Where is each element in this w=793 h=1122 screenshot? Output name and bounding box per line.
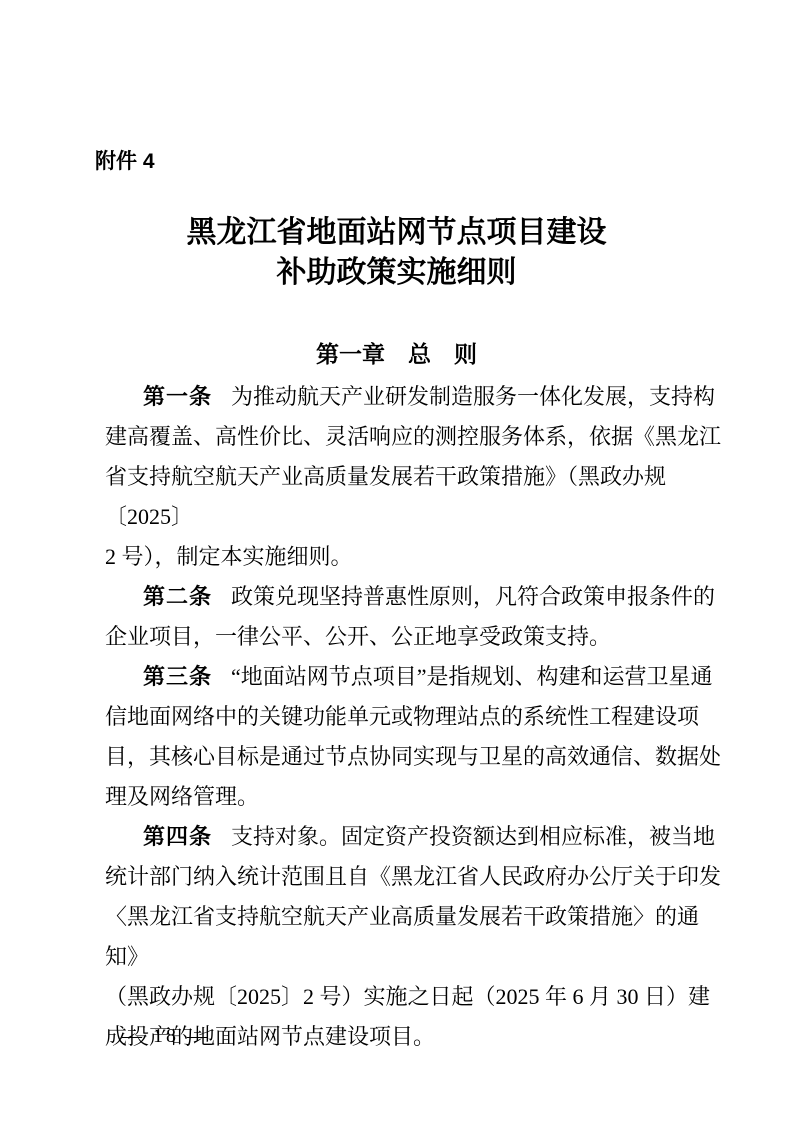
page-number: — 18 — [122,1025,210,1048]
document-title: 黑龙江省地面站网节点项目建设 补助政策实施细则 [0,213,793,293]
article-1-label: 第一条 [143,384,212,409]
article-1-text: 为推动航天产业研发制造服务一体化发展，支持构 建高覆盖、高性价比、灵活响应的测控… [105,384,721,569]
attachment-label: 附件 4 [95,145,155,175]
document-page: 附件 4 黑龙江省地面站网节点项目建设 补助政策实施细则 第一章 总 则 第一条… [0,0,793,1122]
article-paragraph-1: 第一条为推动航天产业研发制造服务一体化发展，支持构 建高覆盖、高性价比、灵活响应… [105,377,730,577]
article-paragraph-2: 第二条政策兑现坚持普惠性原则，凡符合政策申报条件的 企业项目，一律公平、公开、公… [105,577,730,657]
document-body: 第一条为推动航天产业研发制造服务一体化发展，支持构 建高覆盖、高性价比、灵活响应… [105,377,730,1057]
article-paragraph-3: 第三条“地面站网节点项目”是指规划、构建和运营卫星通 信地面网络中的关键功能单元… [105,657,730,817]
document-title-line-1: 黑龙江省地面站网节点项目建设 [0,213,793,253]
document-title-line-2: 补助政策实施细则 [0,253,793,293]
article-2-label: 第二条 [143,584,212,609]
article-4-text: 支持对象。固定资产投资额达到相应标准，被当地 统计部门纳入统计范围且自《黑龙江省… [105,824,721,1049]
article-3-label: 第三条 [143,664,212,689]
article-paragraph-4: 第四条支持对象。固定资产投资额达到相应标准，被当地 统计部门纳入统计范围且自《黑… [105,817,730,1057]
chapter-heading: 第一章 总 则 [0,334,793,374]
article-4-label: 第四条 [143,824,212,849]
